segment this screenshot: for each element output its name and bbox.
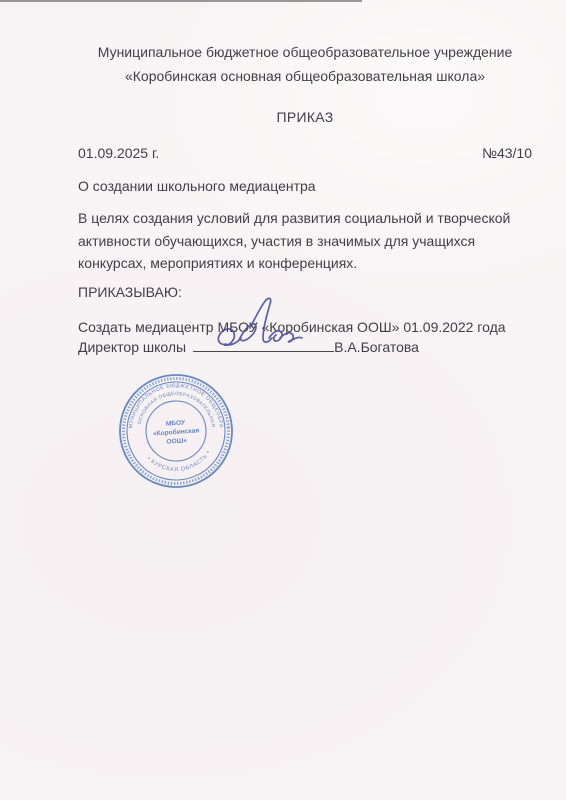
- document-body-paragraph: В целях создания условий для развития со…: [78, 207, 532, 275]
- scan-edge-artifact: [0, 0, 362, 2]
- stamp-center-line1: МБОУ: [166, 419, 187, 427]
- document-date: 01.09.2025 г.: [78, 142, 159, 164]
- date-number-row: 01.09.2025 г. №43/10: [78, 142, 532, 164]
- document-subject: О создании школьного медиацентра: [78, 175, 532, 197]
- signature-role-label: Директор школы: [78, 339, 186, 355]
- signature-line: [193, 337, 334, 352]
- stamp-center-line2: «Коробинская: [153, 426, 200, 437]
- school-round-stamp: МУНИЦИПАЛЬНОЕ БЮДЖЕТНОЕ ОБЩЕОБРАЗОВАТЕЛЬ…: [112, 367, 240, 495]
- order-item: Создать медиацентр МБОУ «Коробинская ООШ…: [78, 316, 532, 338]
- document-type-heading: ПРИКАЗ: [78, 106, 532, 128]
- document-content: Муниципальное бюджетное общеобразователь…: [78, 40, 532, 338]
- org-name-line2: «Коробинская основная общеобразовательна…: [78, 64, 532, 88]
- scanned-order-document: Муниципальное бюджетное общеобразователь…: [0, 0, 566, 800]
- document-number: №43/10: [482, 142, 532, 164]
- stamp-center-line3: ООШ»: [166, 437, 187, 445]
- org-name-line1: Муниципальное бюджетное общеобразователь…: [78, 40, 532, 64]
- order-keyword: ПРИКАЗЫВАЮ:: [78, 281, 532, 303]
- signature-name: В.А.Богатова: [334, 339, 419, 355]
- signature-row: Директор школыВ.А.Богатова: [78, 336, 419, 358]
